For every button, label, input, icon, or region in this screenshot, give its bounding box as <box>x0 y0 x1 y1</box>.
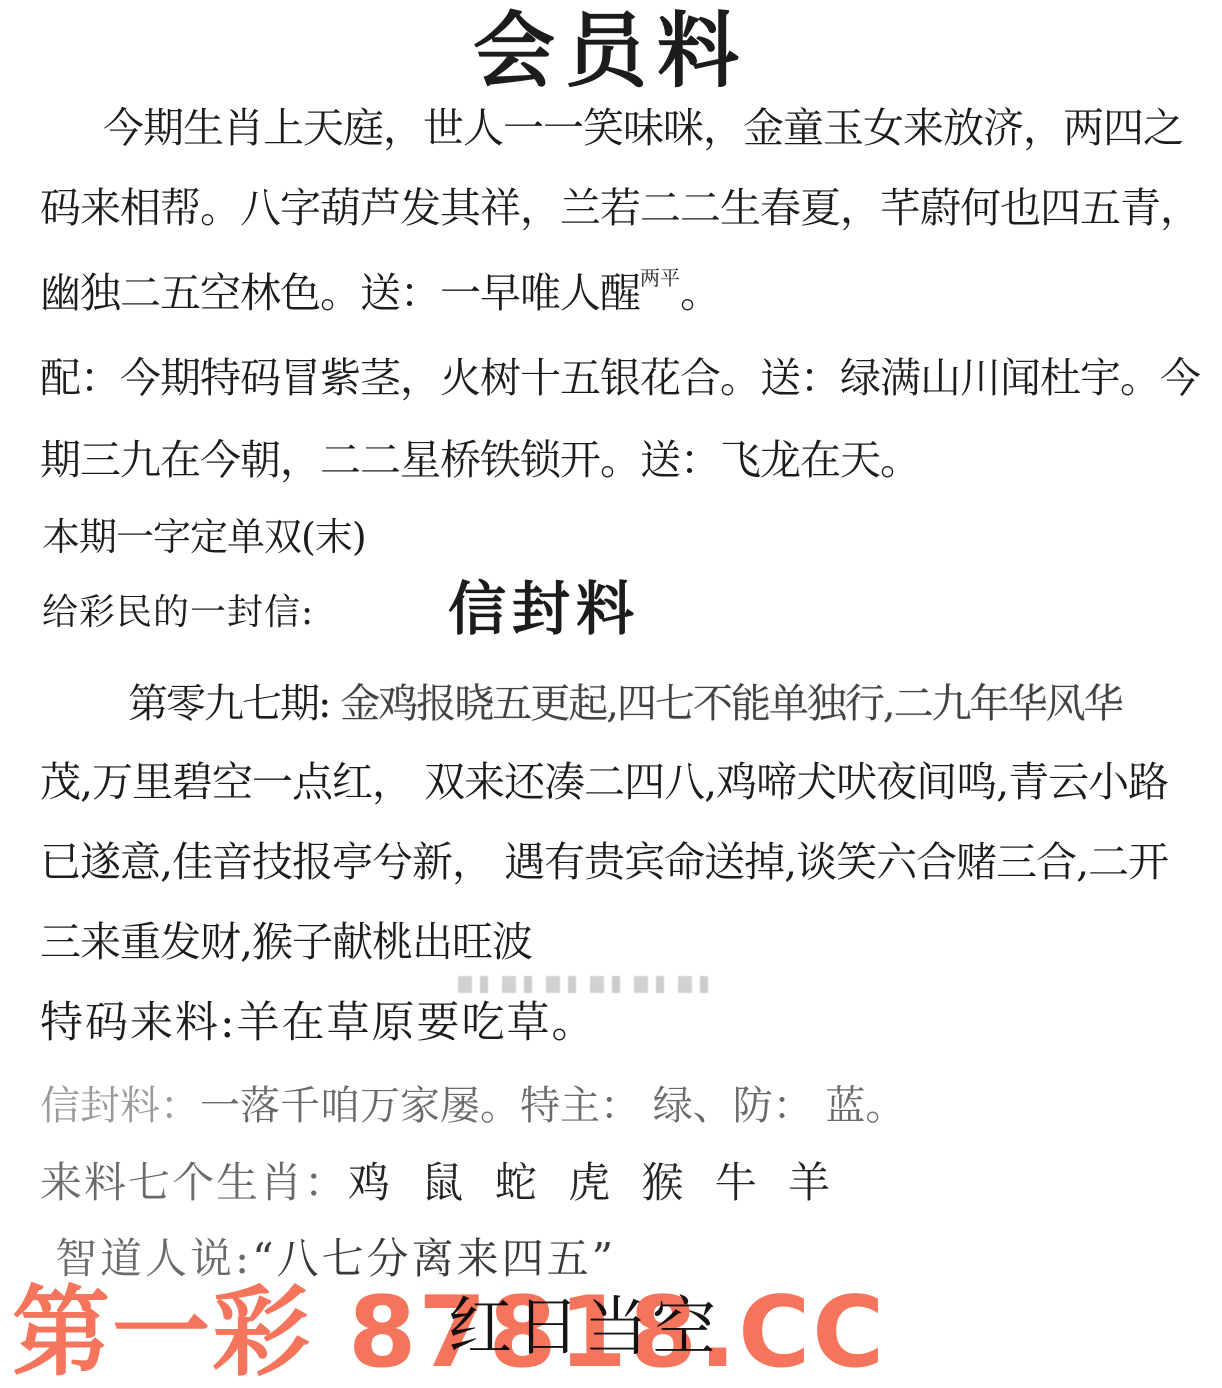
site-watermark: 第一彩 87818.CC <box>12 1284 886 1382</box>
letter-intro-label: 给彩民的一封信: <box>42 595 314 631</box>
member-para1-line2: 码来相帮。八字葫芦发其祥，兰若二二生春夏，芊蔚何也四五青， <box>40 188 1200 229</box>
member-para1-line3-period: 。 <box>680 269 720 317</box>
single-double-line: 本期一字定单双(末) <box>42 518 366 556</box>
letter-line1: 第零九七期: 金鸡报晓五更起,四七不能单独行,二九年华风华 <box>128 684 1122 724</box>
envelope-section-heading: 信封料 <box>448 580 640 638</box>
zodiac-label: 来料七个生肖： <box>40 1158 348 1207</box>
special-code-line: 特码来料:羊在草原要吃草。 <box>40 1002 597 1045</box>
member-para1-line3-superscript: 两平 <box>640 266 680 290</box>
print-smudge <box>458 976 708 993</box>
saying-line: 智道人说:“八七分离来四五” <box>55 1238 616 1280</box>
member-para1-line3: 幽独二五空林色。送：一早唯人醒两平。 <box>40 268 720 314</box>
member-section-title: 会员料 <box>0 10 1222 92</box>
scanned-document-page: 会员料 今期生肖上天庭，世人一一笑味咪，金童玉女来放济，两四之 码来相帮。八字葫… <box>0 0 1222 1388</box>
envelope-tip-line: 信封料：一落千咱万家屡。特主： 绿、防： 蓝。 <box>40 1086 905 1126</box>
letter-line3: 已遂意,佳音技报亭兮新， 遇有贵宾命送掉,谈笑六合赌三合,二开 <box>40 842 1168 883</box>
letter-issue-label: 第零九七期: <box>128 681 329 727</box>
member-para1-line1: 今期生肖上天庭，世人一一笑味咪，金童玉女来放济，两四之 <box>103 108 1183 149</box>
letter-line1-rest: 金鸡报晓五更起,四七不能单独行,二九年华风华 <box>329 681 1121 727</box>
member-para2-line1: 配：今期特码冒紫茎，火树十五银花合。送：绿满山川闻杜宇。今 <box>40 358 1200 399</box>
member-para1-line3-text: 幽独二五空林色。送：一早唯人醒 <box>40 269 640 317</box>
letter-line4: 三来重发财,猴子献桃出旺波 <box>40 922 532 963</box>
letter-line2: 茂,万里碧空一点红， 双来还凑二四八,鸡啼犬吠夜间鸣,青云小路 <box>40 762 1168 803</box>
zodiac-line: 来料七个生肖：鸡 鼠 蛇 虎 猴 牛 羊 <box>40 1162 832 1204</box>
member-para2-line2: 期三九在今朝，二二星桥铁锁开。送：飞龙在天。 <box>40 440 920 481</box>
envelope-tip-text: 一落千咱万家屡。特主： 绿、防： 蓝。 <box>200 1083 905 1129</box>
envelope-tip-label: 信封料： <box>40 1083 200 1129</box>
zodiac-animals: 鸡 鼠 蛇 虎 猴 牛 羊 <box>348 1158 832 1207</box>
